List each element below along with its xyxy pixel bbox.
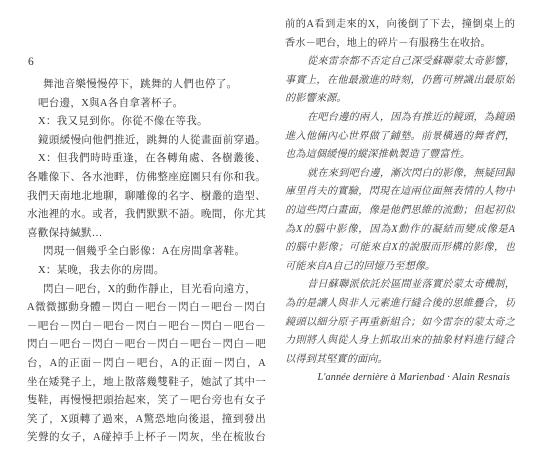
text-line: 坐在矮凳子上，地上散落幾雙鞋子，她試了其中一 xyxy=(27,374,266,393)
text-line: 力則將人與從人身上抓取出來的抽象材料進行縫合 xyxy=(285,332,515,351)
text-line: 可能來自A自己的回憶乃至想像。 xyxy=(285,258,515,277)
right-text-column: 前的A看到走來的X，向後倒了下去，撞倒桌上的 香水－吧台，地上的碎片－有服務生在… xyxy=(285,16,515,388)
text-line: 香水－吧台，地上的碎片－有服務生在收拾。 xyxy=(285,35,515,54)
text-line: 的影響來源。 xyxy=(285,90,515,109)
text-line: 以得到其堅實的面向。 xyxy=(285,351,515,370)
text-line: 前的A看到走來的X，向後倒了下去，撞倒桌上的 xyxy=(285,16,515,35)
text-line: －吧台－閃白－吧台－閃白－吧台－閃白－吧台－ xyxy=(27,318,266,337)
text-line: 吧台邊，X與A各自拿著杯子。 xyxy=(27,95,266,114)
text-line: A微微挪動身體－閃白－吧台－閃白－吧台－閃白 xyxy=(27,299,266,318)
left-text-column: 舞池音樂慢慢停下，跳舞的人們也停了。 吧台邊，X與A各自拿著杯子。 X：我又見到… xyxy=(27,76,266,448)
text-line: 事實上，在他最激進的時刻，仍舊可辨識出最原始 xyxy=(285,72,515,91)
text-line: 的腦中影像；可能來自X的說服而形構的影像，也 xyxy=(285,239,515,258)
text-line: 為的是讓人與非人元素進行縫合後的思維疊合，切 xyxy=(285,295,515,314)
attribution-line: L'année dernière à Marienbad · Alain Res… xyxy=(285,369,515,388)
text-line: 在吧台邊的兩人，因為有推近的鏡頭，為鏡頭 xyxy=(285,109,515,128)
text-line: 水池裡的水。或者，我們默默不語。晚間，你尤其 xyxy=(27,206,266,225)
text-line: 閃白－吧台－閃白－吧台－閃白－吧台－閃白－吧 xyxy=(27,336,266,355)
text-line: 的這些閃白畫面，像是他們思維的流動；但起初似 xyxy=(285,202,515,221)
text-line: 閃現一個幾乎全白影像：A在房間拿著鞋。 xyxy=(27,243,266,262)
text-line: X：我又見到你。你從不像在等我。 xyxy=(27,113,266,132)
text-line: 隻鞋，再慢慢把頭抬起來，笑了－吧台旁也有女子 xyxy=(27,392,266,411)
text-line: 也為這個緩慢的縱深推軌製造了豐富性。 xyxy=(285,146,515,165)
text-line: 庫里肖夫的實驗，閃現在這兩位面無表情的人物中 xyxy=(285,183,515,202)
text-line: 喜歡保持緘默… xyxy=(27,225,266,244)
text-line: 我們天南地北地聊，聊雕像的名字、樹叢的造型、 xyxy=(27,188,266,207)
text-line: 台，A的正面－閃白－吧台，A的正面－閃白，A xyxy=(27,355,266,374)
text-line: 昔日蘇聯派依託於區間並落實於蒙太奇機制， xyxy=(285,276,515,295)
page-number: 6 xyxy=(28,56,34,68)
text-line: 舞池音樂慢慢停下，跳舞的人們也停了。 xyxy=(27,76,266,95)
text-line: 笑了，X頭轉了過來，A驚恐地向後退，撞到發出 xyxy=(27,411,266,430)
text-line: 笑聲的女子，A碰掉手上杯子－閃灰，坐在梳妝台 xyxy=(27,429,266,448)
text-line: 為X的腦中影像，因為X動作的凝結而變成像是A xyxy=(285,221,515,240)
text-line: 鏡頭緩慢向他們推近，跳舞的人從畫面前穿過。 xyxy=(27,132,266,151)
text-line: 各雕像下、各水池畔，仿佛整座庭園只有你和我。 xyxy=(27,169,266,188)
text-line: X：但我們時時重逢，在各轉角處、各樹叢後、 xyxy=(27,150,266,169)
text-line: 閃白－吧台，X的動作靜止，目光看向遠方， xyxy=(27,281,266,300)
book-page: 6 舞池音樂慢慢停下，跳舞的人們也停了。 吧台邊，X與A各自拿著杯子。 X：我又… xyxy=(0,0,540,462)
text-line: 鏡頭以細分原子再重新組合；如今雷奈的蒙太奇之 xyxy=(285,314,515,333)
text-line: 從來雷奈都不否定自己深受蘇聯蒙太奇影響， xyxy=(285,53,515,72)
text-line: 就在來到吧台邊，漸次閃白的影像，無疑回歸 xyxy=(285,165,515,184)
text-line: X：某晚，我去你的房間。 xyxy=(27,262,266,281)
text-line: 進入他倆內心世界做了鋪墊。前景橫過的舞者們， xyxy=(285,128,515,147)
